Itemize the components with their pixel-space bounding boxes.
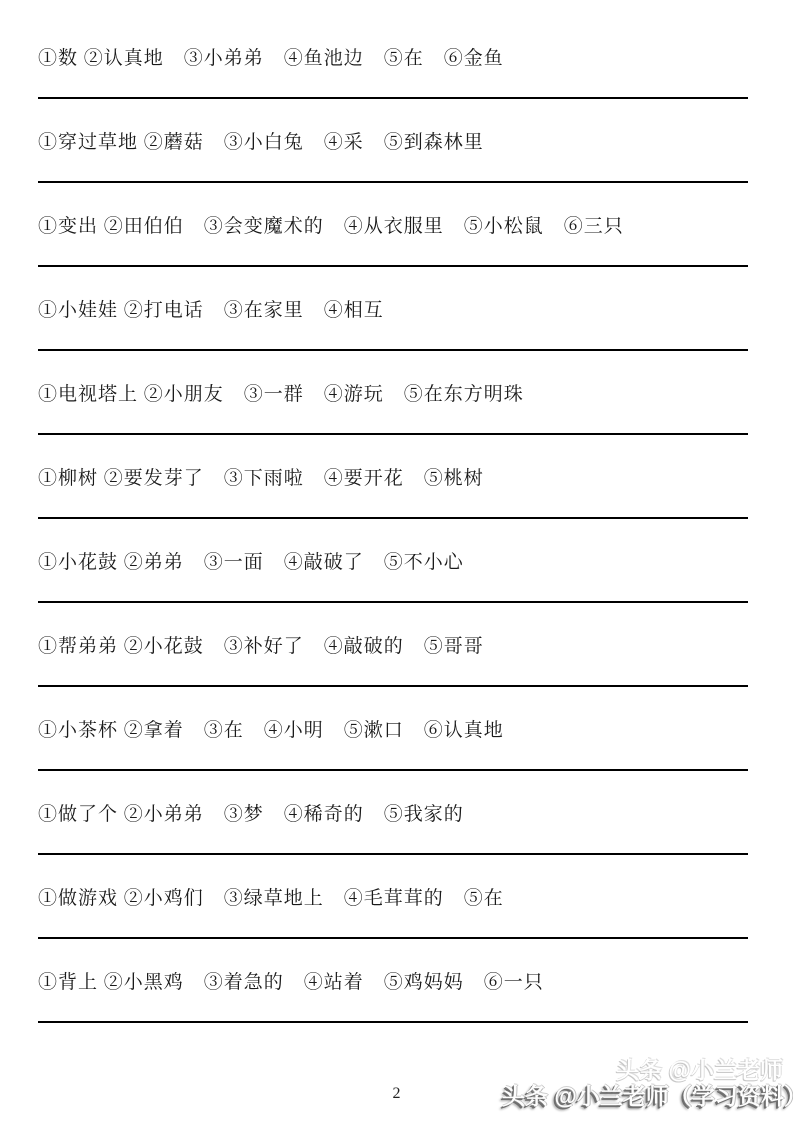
answer-line	[38, 1021, 748, 1023]
exercise-block: ①做了个 ②小弟弟 ③梦 ④稀奇的 ⑤我家的	[38, 802, 748, 886]
exercise-block: ①电视塔上 ②小朋友 ③一群 ④游玩 ⑤在东方明珠	[38, 382, 748, 466]
answer-line	[38, 517, 748, 519]
word-group-line: ①小茶杯 ②拿着 ③在 ④小明 ⑤漱口 ⑥认真地	[38, 718, 748, 743]
page-number: 2	[0, 1085, 793, 1103]
exercise-list: ①数 ②认真地 ③小弟弟 ④鱼池边 ⑤在 ⑥金鱼 ①穿过草地 ②蘑菇 ③小白兔 …	[38, 46, 748, 1054]
exercise-block: ①小茶杯 ②拿着 ③在 ④小明 ⑤漱口 ⑥认真地	[38, 718, 748, 802]
exercise-block: ①做游戏 ②小鸡们 ③绿草地上 ④毛茸茸的 ⑤在	[38, 886, 748, 970]
word-group-line: ①柳树 ②要发芽了 ③下雨啦 ④要开花 ⑤桃树	[38, 466, 748, 491]
word-group-line: ①小花鼓 ②弟弟 ③一面 ④敲破了 ⑤不小心	[38, 550, 748, 575]
exercise-block: ①小娃娃 ②打电话 ③在家里 ④相互	[38, 298, 748, 382]
watermark-ghost-text: 头条 @小兰老师（学习资料）	[616, 1052, 793, 1085]
word-group-line: ①穿过草地 ②蘑菇 ③小白兔 ④采 ⑤到森林里	[38, 130, 748, 155]
answer-line	[38, 433, 748, 435]
answer-line	[38, 181, 748, 183]
answer-line	[38, 265, 748, 267]
worksheet-page: ①数 ②认真地 ③小弟弟 ④鱼池边 ⑤在 ⑥金鱼 ①穿过草地 ②蘑菇 ③小白兔 …	[0, 0, 793, 1122]
word-group-line: ①做游戏 ②小鸡们 ③绿草地上 ④毛茸茸的 ⑤在	[38, 886, 748, 911]
word-group-line: ①做了个 ②小弟弟 ③梦 ④稀奇的 ⑤我家的	[38, 802, 748, 827]
word-group-line: ①电视塔上 ②小朋友 ③一群 ④游玩 ⑤在东方明珠	[38, 382, 748, 407]
word-group-line: ①变出 ②田伯伯 ③会变魔术的 ④从衣服里 ⑤小松鼠 ⑥三只	[38, 214, 748, 239]
exercise-block: ①柳树 ②要发芽了 ③下雨啦 ④要开花 ⑤桃树	[38, 466, 748, 550]
answer-line	[38, 685, 748, 687]
exercise-block: ①帮弟弟 ②小花鼓 ③补好了 ④敲破的 ⑤哥哥	[38, 634, 748, 718]
exercise-block: ①穿过草地 ②蘑菇 ③小白兔 ④采 ⑤到森林里	[38, 130, 748, 214]
exercise-block: ①小花鼓 ②弟弟 ③一面 ④敲破了 ⑤不小心	[38, 550, 748, 634]
word-group-line: ①背上 ②小黑鸡 ③着急的 ④站着 ⑤鸡妈妈 ⑥一只	[38, 970, 748, 995]
exercise-block: ①背上 ②小黑鸡 ③着急的 ④站着 ⑤鸡妈妈 ⑥一只	[38, 970, 748, 1054]
answer-line	[38, 97, 748, 99]
answer-line	[38, 937, 748, 939]
answer-line	[38, 853, 748, 855]
answer-line	[38, 769, 748, 771]
answer-line	[38, 349, 748, 351]
word-group-line: ①帮弟弟 ②小花鼓 ③补好了 ④敲破的 ⑤哥哥	[38, 634, 748, 659]
exercise-block: ①数 ②认真地 ③小弟弟 ④鱼池边 ⑤在 ⑥金鱼	[38, 46, 748, 130]
word-group-line: ①数 ②认真地 ③小弟弟 ④鱼池边 ⑤在 ⑥金鱼	[38, 46, 748, 71]
exercise-block: ①变出 ②田伯伯 ③会变魔术的 ④从衣服里 ⑤小松鼠 ⑥三只	[38, 214, 748, 298]
answer-line	[38, 601, 748, 603]
word-group-line: ①小娃娃 ②打电话 ③在家里 ④相互	[38, 298, 748, 323]
